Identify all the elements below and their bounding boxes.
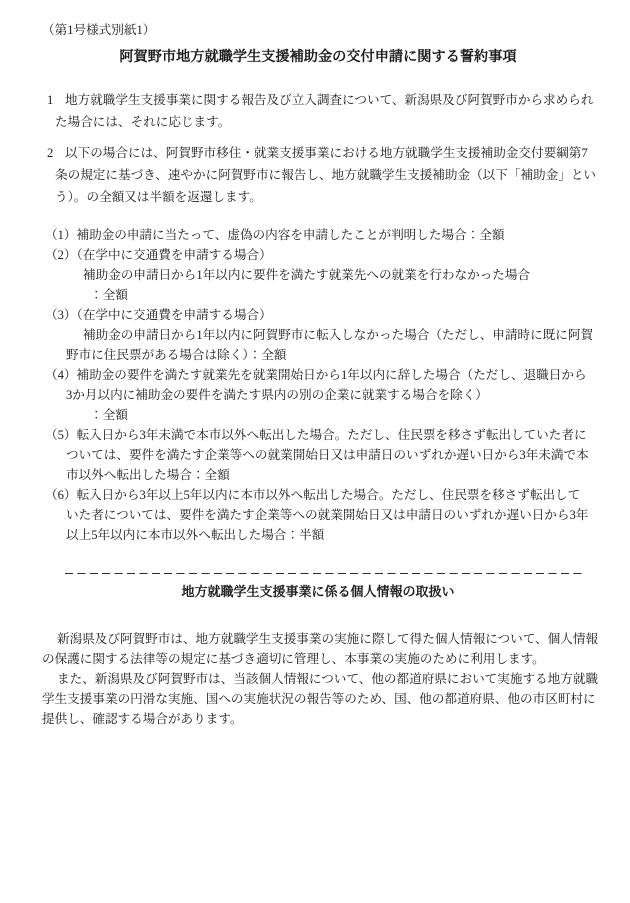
case-line: ：全額 [90,405,594,425]
document-title: 阿賀野市地方就職学生支援補助金の交付申請に関する誓約事項 [42,46,594,68]
privacy-section-heading: 地方就職学生支援事業に係る個人情報の取扱い [42,582,594,602]
pledge-item-line: 1地方就職学生支援事業に関する報告及び立入調査について、新潟県及び阿賀野市から求… [42,89,594,111]
pledge-item-line: た場合には、それに応じます。 [55,111,594,133]
case-line: 補助金の申請日から1年以内に要件を満たす就業先への就業を行わなかった場合 [83,265,594,285]
case-line: 野市に住民票がある場合は除く）：全額 [66,345,594,365]
pledge-item-line: 2以下の場合には、阿賀野市移住・就業支援事業における地方就職学生支援補助金交付要… [42,142,594,164]
case-line: いた者については、要件を満たす企業等への就業開始日又は申請日のいずれか遅い日から… [66,505,594,525]
repayment-cases-list: （1）補助金の申請に当たって、虚偽の内容を申請したことが判明した場合：全額 （2… [42,225,594,545]
form-label: （第1号様式別紙1） [42,19,594,41]
item-number: 2 [47,142,65,164]
pledge-item-1: 1地方就職学生支援事業に関する報告及び立入調査について、新潟県及び阿賀野市から求… [42,89,594,133]
item-number: 1 [47,89,65,111]
case-line: 以上5年以内に本市以外へ転出した場合：半額 [66,525,594,545]
case-line: 3か月以内に補助金の要件を満たす県内の別の企業に就業する場合を除く） [66,385,594,405]
case-line: （4）補助金の要件を満たす就業先を就業開始日から1年以内に辞した場合（ただし、退… [45,365,594,385]
case-line: （1）補助金の申請に当たって、虚偽の内容を申請したことが判明した場合：全額 [45,225,594,245]
case-line: 市以外へ転出した場合：全額 [66,465,594,485]
pledge-text: 以下の場合には、阿賀野市移住・就業支援事業における地方就職学生支援補助金交付要綱… [65,146,588,160]
privacy-line: 学生支援事業の円滑な実施、国への実施状況の報告等のため、国、他の都道府県、他の市… [42,689,594,709]
dashed-divider [65,573,585,575]
privacy-line: 新潟県及び阿賀野市は、地方就職学生支援事業の実施に際して得た個人情報について、個… [57,629,594,649]
case-line: （3）（在学中に交通費を申請する場合） [45,305,594,325]
case-line: ：全額 [90,285,594,305]
case-line: ついては、要件を満たす企業等への就業開始日又は申請日のいずれか遅い日から3年未満… [66,445,594,465]
privacy-line: また、新潟県及び阿賀野市は、当該個人情報について、他の都道府県において実施する地… [57,669,594,689]
privacy-line: 提供し、確認する場合があります。 [42,709,594,729]
case-line: （5）転入日から3年未満で本市以外へ転出した場合。ただし、住民票を移さず転出して… [45,425,594,445]
case-line: 補助金の申請日から1年以内に阿賀野市に転入しなかった場合（ただし、申請時に既に阿… [83,325,594,345]
pledge-item-line: 条の規定に基づき、速やかに阿賀野市に報告し、地方就職学生支援補助金（以下「補助金… [55,164,594,186]
pledge-item-2: 2以下の場合には、阿賀野市移住・就業支援事業における地方就職学生支援補助金交付要… [42,142,594,208]
document-page: （第1号様式別紙1） 阿賀野市地方就職学生支援補助金の交付申請に関する誓約事項 … [0,0,630,903]
case-line: （2）（在学中に交通費を申請する場合） [45,245,594,265]
pledge-item-line: う）。の全額又は半額を返還します。 [55,186,594,208]
privacy-line: の保護に関する法律等の規定に基づき適切に管理し、本事業の実施のために利用します。 [42,649,594,669]
pledge-text: 地方就職学生支援事業に関する報告及び立入調査について、新潟県及び阿賀野市から求め… [65,93,593,107]
case-line: （6）転入日から3年以上5年以内に本市以外へ転出した場合。ただし、住民票を移さず… [45,485,594,505]
privacy-paragraphs: 新潟県及び阿賀野市は、地方就職学生支援事業の実施に際して得た個人情報について、個… [42,629,594,729]
